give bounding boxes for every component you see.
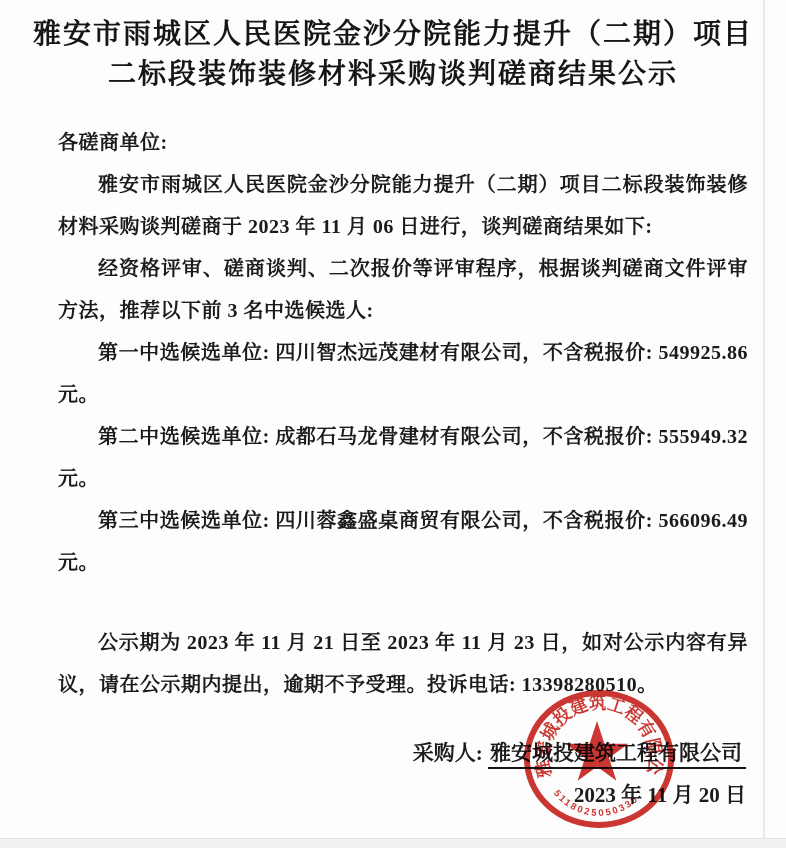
candidate-2-price: 555949.32 <box>659 426 749 448</box>
document-title: 雅安市雨城区人民医院金沙分院能力提升（二期）项目 二标段装饰装修材料采购谈判磋商… <box>18 14 768 94</box>
candidate-1-price: 549925.86 <box>659 342 749 364</box>
scan-edge-right <box>763 0 765 848</box>
candidate-1-label: 第一中选候选单位: <box>98 342 275 364</box>
seal-star-icon <box>566 721 629 781</box>
candidate-2-company: 成都石马龙骨建材有限公司 <box>275 426 522 448</box>
candidate-2-label: 第二中选候选单位: <box>98 426 275 448</box>
candidate-1-unit: 元。 <box>58 384 99 406</box>
title-line-1: 雅安市雨城区人民医院金沙分院能力提升（二期）项目 <box>18 14 768 54</box>
candidate-1-price-label: ，不含税报价: <box>522 342 658 364</box>
purchaser-label: 采购人: <box>413 741 488 765</box>
scan-edge-bottom <box>0 838 786 848</box>
document-page: 雅安市雨城区人民医院金沙分院能力提升（二期）项目 二标段装饰装修材料采购谈判磋商… <box>0 0 786 848</box>
candidate-line-1: 第一中选候选单位: 四川智杰远茂建材有限公司，不含税报价: 549925.86 … <box>58 332 748 416</box>
candidate-3-price: 566096.49 <box>659 510 749 532</box>
salutation: 各磋商单位: <box>58 122 748 164</box>
candidate-1-company: 四川智杰远茂建材有限公司 <box>275 342 522 364</box>
candidate-line-3: 第三中选候选单位: 四川蓉鑫盛桌商贸有限公司，不含税报价: 566096.49 … <box>58 500 748 584</box>
candidate-2-price-label: ，不含税报价: <box>522 426 658 448</box>
candidate-3-label: 第三中选候选单位: <box>98 510 275 532</box>
candidate-line-2: 第二中选候选单位: 成都石马龙骨建材有限公司，不含税报价: 555949.32 … <box>58 416 748 500</box>
candidate-3-price-label: ，不含税报价: <box>522 510 658 532</box>
paragraph-procedure: 经资格评审、磋商谈判、二次报价等评审程序，根据谈判磋商文件评审方法，推荐以下前 … <box>58 248 748 332</box>
candidate-2-unit: 元。 <box>58 468 99 490</box>
company-seal: 雅安城投建筑工程有限公司 5118025050330 <box>521 688 677 834</box>
title-line-2: 二标段装饰装修材料采购谈判磋商结果公示 <box>18 54 768 94</box>
paragraph-intro: 雅安市雨城区人民医院金沙分院能力提升（二期）项目二标段装饰装修材料采购谈判磋商于… <box>58 164 748 248</box>
candidate-3-company: 四川蓉鑫盛桌商贸有限公司 <box>275 510 522 532</box>
document-body: 各磋商单位: 雅安市雨城区人民医院金沙分院能力提升（二期）项目二标段装饰装修材料… <box>0 94 786 706</box>
candidate-3-unit: 元。 <box>58 552 99 574</box>
